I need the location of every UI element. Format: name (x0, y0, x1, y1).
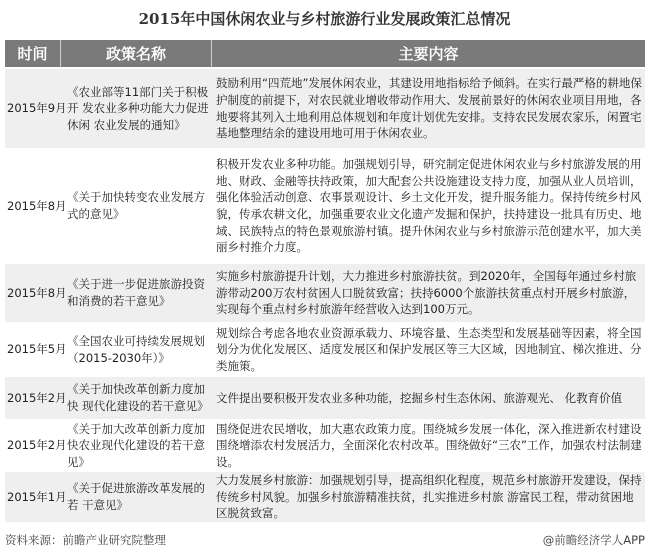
row-date: 2015年8月 (5, 264, 61, 322)
row-date: 2015年5月 (5, 324, 61, 375)
row-date: 2015年9月 (5, 69, 61, 148)
row-policy: 《关于加快改革创新力度加快 现代化建设的若干意见》 (61, 377, 212, 419)
credit-watermark: @前瞻经济学人APP (543, 532, 645, 548)
row-content: 鼓励利用“四荒地”发展休闲农业，其建设用地指标给予倾斜。在实行最严格的耕地保护制… (212, 69, 645, 148)
page-title: 2015年中国休闲农业与乡村旅游行业发展政策汇总情况 (0, 8, 649, 29)
table-row: 2015年5月 《全国农业可持续发展规划（2015-2030年）》 规划综合考虑… (5, 322, 645, 375)
row-policy: 《关于加快转变农业发展方式的意见》 (61, 150, 212, 262)
row-content: 规划综合考虑各地农业资源承载力、环境容量、生态类型和发展基础等因素，将全国划分为… (212, 324, 645, 375)
table-row: 2015年8月 《关于加快转变农业发展方式的意见》 积极开发农业多种功能。加强规… (5, 148, 645, 262)
row-policy: 《全国农业可持续发展规划（2015-2030年）》 (61, 324, 212, 375)
table-row: 2015年2月 《关于加大改革创新力度加快农业现代化建设的若干意见》 围绕促进农… (5, 419, 645, 470)
row-content: 文件提出要积极开发农业多种功能，挖掘乡村生态休闲、旅游观光、 化教育价值 (212, 377, 645, 419)
row-date: 2015年1月 (5, 472, 61, 522)
row-date: 2015年8月 (5, 150, 61, 262)
policy-table: 时间 政策名称 主要内容 2015年9月 《农业部等11部门关于积极开 发农业多… (5, 40, 645, 522)
row-policy: 《关于促进旅游改革发展的若 干意见》 (61, 472, 212, 522)
row-content: 围绕促进农民增收，加大惠农政策力度。围绕城乡发展一体化，深入推进新农村建设围绕增… (212, 421, 645, 470)
table-row: 2015年1月 《关于促进旅游改革发展的若 干意见》 大力发展乡村旅游：加强规划… (5, 470, 645, 522)
header-date: 时间 (5, 40, 61, 67)
header-policy: 政策名称 (61, 40, 212, 67)
footer: 资料来源：前瞻产业研究院整理 @前瞻经济学人APP (5, 532, 645, 548)
table-row: 2015年9月 《农业部等11部门关于积极开 发农业多种功能大力促进休闲 农业发… (5, 67, 645, 148)
row-content: 积极开发农业多种功能。加强规划引导，研究制定促进休闲农业与乡村旅游发展的用地、财… (212, 150, 645, 262)
row-policy: 《农业部等11部门关于积极开 发农业多种功能大力促进休闲 农业发展的通知》 (61, 69, 212, 148)
row-content: 大力发展乡村旅游：加强规划引导，提高组织化程度，规范乡村旅游开发建设，保持传统乡… (212, 472, 645, 522)
row-date: 2015年2月 (5, 421, 61, 470)
row-content: 实施乡村旅游提升计划，大力推进乡村旅游扶贫。到2020年，全国每年通过乡村旅游带… (212, 264, 645, 322)
row-policy: 《关于进一步促进旅游投资和消费的若干意见》 (61, 264, 212, 322)
header-content: 主要内容 (212, 40, 645, 67)
table-header: 时间 政策名称 主要内容 (5, 40, 645, 67)
table-row: 2015年8月 《关于进一步促进旅游投资和消费的若干意见》 实施乡村旅游提升计划… (5, 262, 645, 322)
source-note: 资料来源：前瞻产业研究院整理 (5, 532, 166, 548)
row-policy: 《关于加大改革创新力度加快农业现代化建设的若干意见》 (61, 421, 212, 470)
row-date: 2015年2月 (5, 377, 61, 419)
table-row: 2015年2月 《关于加快改革创新力度加快 现代化建设的若干意见》 文件提出要积… (5, 375, 645, 419)
